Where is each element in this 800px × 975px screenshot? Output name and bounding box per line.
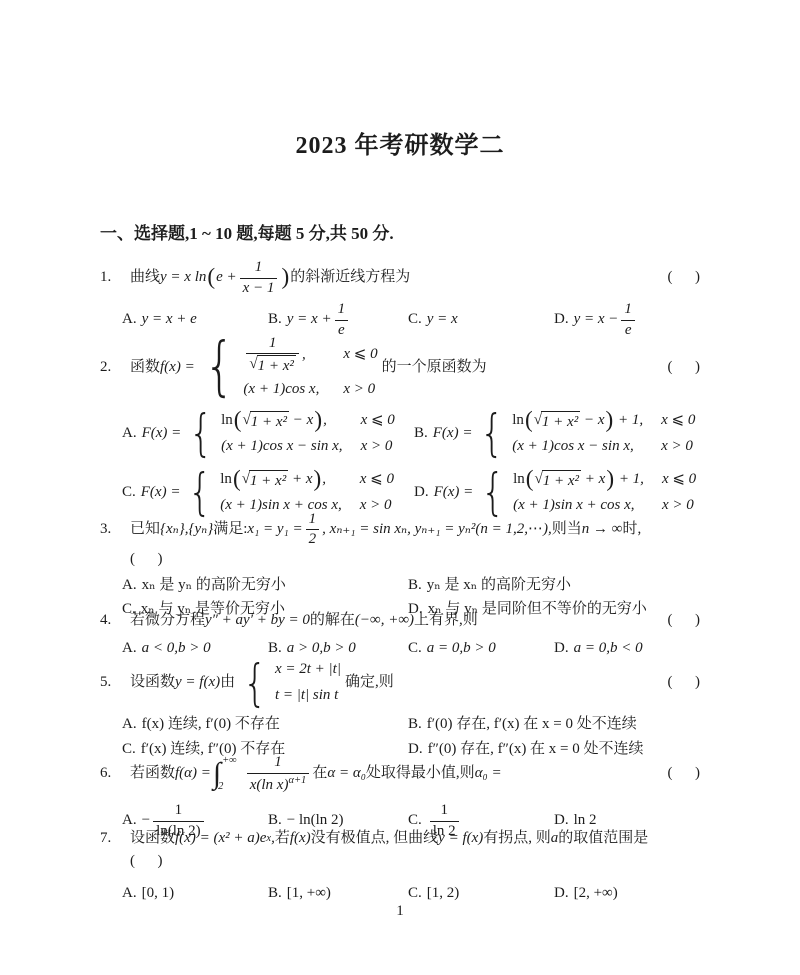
question-number: 1. bbox=[100, 267, 130, 289]
option-text: F(x) = bbox=[433, 423, 473, 445]
math-fragment: − x bbox=[580, 412, 604, 428]
math-fragment: (−∞, +∞) bbox=[355, 610, 414, 632]
text-fragment: 由 bbox=[220, 672, 235, 694]
big-paren-left: ( bbox=[525, 407, 533, 433]
math-fragment: x(ln x) bbox=[250, 777, 289, 793]
option-text: F(x) = bbox=[434, 482, 474, 504]
option-c: C.F(x) = {ln(√1 + x² + x),x ⩽ 0(x + 1)si… bbox=[122, 468, 414, 517]
option-c: C.y = x bbox=[408, 309, 554, 331]
statement-text: 曲线 y = x ln ( e + 1x − 1 ) 的斜渐近线方程为 bbox=[130, 259, 654, 297]
case-row-condition: x ⩽ 0 bbox=[361, 410, 395, 432]
fraction-numerator: 1 bbox=[430, 802, 459, 820]
integral: ∫+∞2 bbox=[213, 756, 242, 792]
option-label: C. bbox=[122, 482, 136, 504]
section-heading: 一、选择题,1 ~ 10 题,每题 5 分,共 50 分. bbox=[100, 222, 700, 247]
case-brace: { bbox=[204, 339, 235, 397]
answer-paren: ( ) bbox=[130, 551, 163, 567]
math-fragment: f(α) = bbox=[175, 763, 211, 785]
case-row-formula: (x + 1)cos x, bbox=[243, 379, 319, 401]
math-fragment: a bbox=[551, 828, 559, 850]
math-fragment: ln bbox=[221, 412, 233, 428]
math-fragment: f(x) = (x² + a)e bbox=[175, 828, 266, 850]
statement-text: 函数 f(x) = { 1√1 + x², x ⩽ 0 (x + 1)cos x… bbox=[130, 335, 654, 401]
option-label: B. bbox=[268, 309, 282, 331]
fraction-numerator: 1 bbox=[306, 511, 320, 529]
question-2: 2. 函数 f(x) = { 1√1 + x², x ⩽ 0 (x + 1)co… bbox=[100, 335, 700, 517]
option-b: B.F(x) = {ln(√1 + x² − x) + 1,x ⩽ 0(x + … bbox=[414, 409, 700, 458]
text-fragment: 确定,则 bbox=[345, 672, 394, 694]
math-fragment: f(x) = bbox=[160, 357, 195, 379]
statement-text: 设函数 f(x) = (x² + a)ex, 若 f(x) 没有极值点, 但曲线… bbox=[130, 828, 654, 850]
big-paren-right: ) bbox=[606, 466, 614, 492]
option-b: B.yₙ 是 xₙ 的高阶无穷小 bbox=[408, 575, 700, 597]
case-row-condition: x > 0 bbox=[361, 436, 393, 458]
text-fragment: 的解在 bbox=[310, 610, 355, 632]
case-rows: 1√1 + x², x ⩽ 0 (x + 1)cos x, x > 0 bbox=[243, 335, 377, 401]
case-row-condition: x > 0 bbox=[661, 436, 693, 458]
fraction: 1x − 1 bbox=[240, 259, 278, 297]
math-fragment: y = x ln bbox=[160, 267, 206, 289]
math-fragment: + x bbox=[581, 471, 605, 487]
big-paren-right: ) bbox=[313, 466, 321, 492]
radicand: 1 + x² bbox=[250, 411, 289, 431]
case-row-condition: x ⩽ 0 bbox=[360, 469, 394, 491]
big-paren-left: ( bbox=[526, 466, 534, 492]
big-paren-left: ( bbox=[233, 466, 241, 492]
text-fragment: 的斜渐近线方程为 bbox=[290, 267, 410, 289]
exam-page: 2023 年考研数学二 一、选择题,1 ~ 10 题,每题 5 分,共 50 分… bbox=[0, 0, 800, 975]
case-rows: ln(√1 + x² + x),x ⩽ 0(x + 1)sin x + cos … bbox=[220, 468, 394, 517]
text-fragment: 没有极值点, 但曲线 bbox=[311, 828, 439, 850]
piecewise-cases: { x = 2t + |t| t = |t| sin t bbox=[239, 659, 341, 707]
option-label: A. bbox=[122, 575, 137, 597]
option-label: B. bbox=[408, 575, 422, 597]
big-paren-right: ) bbox=[314, 407, 322, 433]
fraction-numerator: 1 bbox=[247, 754, 310, 772]
superscript: α+1 bbox=[288, 775, 306, 786]
math-fragment: ln bbox=[220, 471, 232, 487]
math-fragment: ln bbox=[512, 412, 524, 428]
option-text: f(x) 连续, f′(0) 不存在 bbox=[142, 714, 280, 736]
question-statement: 2. 函数 f(x) = { 1√1 + x², x ⩽ 0 (x + 1)co… bbox=[100, 335, 700, 401]
big-paren-right: ) bbox=[605, 407, 613, 433]
text-fragment: 曲线 bbox=[130, 267, 160, 289]
case-row-condition: x > 0 bbox=[343, 379, 375, 401]
question-number: 6. bbox=[100, 763, 130, 785]
radicand: 1 + x² bbox=[541, 411, 580, 431]
math-fragment: e + bbox=[216, 267, 237, 289]
question-7: 7. 设函数 f(x) = (x² + a)ex, 若 f(x) 没有极值点, … bbox=[100, 827, 700, 905]
math-fragment: y = f(x) bbox=[438, 828, 483, 850]
math-fragment: y″ + ay′ + by = 0 bbox=[205, 610, 310, 632]
radicand: 1 + x² bbox=[542, 470, 581, 490]
option-d: D.y = x − 1e bbox=[554, 301, 700, 339]
math-fragment: , bbox=[323, 412, 327, 428]
math-fragment: , bbox=[322, 471, 326, 487]
case-rows: x = 2t + |t| t = |t| sin t bbox=[275, 659, 341, 707]
case-row-formula: ln(√1 + x² − x), bbox=[221, 409, 327, 432]
text-fragment: 函数 bbox=[130, 357, 160, 379]
fraction-numerator: 1 bbox=[153, 802, 204, 820]
question-number: 3. bbox=[100, 519, 130, 541]
answer-paren: ( ) bbox=[668, 610, 701, 632]
math-fragment: + 1, bbox=[614, 412, 643, 428]
case-row-formula: ln(√1 + x² + x) + 1, bbox=[513, 468, 644, 491]
option-text: F(x) = bbox=[142, 423, 182, 445]
text-fragment: 设函数 bbox=[130, 672, 175, 694]
case-brace: { bbox=[480, 411, 504, 456]
fraction-denominator: x − 1 bbox=[240, 278, 278, 297]
statement-text: 设函数 y = f(x) 由 { x = 2t + |t| t = |t| si… bbox=[130, 659, 654, 707]
case-row-condition: x ⩽ 0 bbox=[661, 410, 695, 432]
case-row-formula: 1√1 + x², bbox=[243, 335, 305, 375]
option-text: y = x bbox=[427, 309, 458, 331]
answer-paren-line: ( ) bbox=[130, 851, 700, 875]
option-label: A. bbox=[122, 309, 137, 331]
answer-paren: ( ) bbox=[668, 672, 701, 694]
math-fragment: n → ∞ bbox=[582, 519, 623, 541]
math-fragment: + x bbox=[288, 471, 312, 487]
question-number: 4. bbox=[100, 610, 130, 632]
option-label: A. bbox=[122, 423, 137, 445]
option-text: y = x − bbox=[574, 309, 619, 331]
sqrt: √1 + x² bbox=[535, 470, 582, 490]
option-b: B.y = x + 1e bbox=[268, 301, 408, 339]
sqrt: √1 + x² bbox=[242, 470, 289, 490]
question-statement: 1. 曲线 y = x ln ( e + 1x − 1 ) 的斜渐近线方程为 (… bbox=[100, 255, 700, 301]
page-number: 1 bbox=[0, 901, 800, 923]
text-fragment: 在 bbox=[312, 763, 327, 785]
text-fragment: 满足: bbox=[213, 519, 247, 541]
answer-paren: ( ) bbox=[668, 357, 701, 379]
question-statement: 3. 已知 {xₙ},{yₙ} 满足: x₁ = y₁ = 12 , xₙ₊₁ … bbox=[100, 511, 700, 549]
option-text: xₙ 是 yₙ 的高阶无穷小 bbox=[142, 575, 286, 597]
case-rows: ln(√1 + x² − x),x ⩽ 0(x + 1)cos x − sin … bbox=[221, 409, 395, 458]
option-a: A.f(x) 连续, f′(0) 不存在 bbox=[122, 714, 408, 736]
option-label: D. bbox=[414, 482, 429, 504]
option-text: y = x + e bbox=[142, 309, 197, 331]
case-row-condition: x ⩽ 0 bbox=[343, 344, 377, 366]
question-statement: 7. 设函数 f(x) = (x² + a)ex, 若 f(x) 没有极值点, … bbox=[100, 827, 700, 851]
math-fragment: x₁ = y₁ = bbox=[247, 519, 302, 541]
math-fragment: y = f(x) bbox=[175, 672, 220, 694]
question-3: 3. 已知 {xₙ},{yₙ} 满足: x₁ = y₁ = 12 , xₙ₊₁ … bbox=[100, 511, 700, 621]
math-fragment: , bbox=[302, 347, 306, 363]
case-brace: { bbox=[189, 411, 213, 456]
answer-paren: ( ) bbox=[130, 853, 163, 869]
case-row-formula: (x + 1)cos x − sin x, bbox=[512, 436, 633, 458]
option-a: A.y = x + e bbox=[122, 309, 268, 331]
sqrt: √1 + x² bbox=[249, 355, 296, 375]
case-row-formula: ln(√1 + x² + x), bbox=[220, 468, 326, 491]
text-fragment: 若 bbox=[275, 828, 290, 850]
math-fragment: + 1, bbox=[615, 471, 644, 487]
case-rows: ln(√1 + x² − x) + 1,x ⩽ 0(x + 1)cos x − … bbox=[512, 409, 695, 458]
fraction-denominator: x(ln x)α+1 bbox=[247, 773, 310, 794]
question-number: 5. bbox=[100, 672, 130, 694]
case-row-formula: x = 2t + |t| bbox=[275, 659, 341, 681]
case-brace: { bbox=[243, 661, 267, 706]
case-row-formula: (x + 1)cos x − sin x, bbox=[221, 436, 342, 458]
text-fragment: 则当 bbox=[552, 519, 582, 541]
fraction-numerator: 1 bbox=[621, 301, 635, 319]
text-fragment: 的一个原函数为 bbox=[382, 357, 487, 379]
text-fragment: 已知 bbox=[130, 519, 160, 541]
fraction-numerator: 1 bbox=[335, 301, 349, 319]
piecewise-cases: { 1√1 + x², x ⩽ 0 (x + 1)cos x, x > 0 bbox=[199, 335, 378, 401]
fraction-denominator: 2 bbox=[306, 529, 320, 548]
option-d: D.F(x) = {ln(√1 + x² + x) + 1,x ⩽ 0(x + … bbox=[414, 468, 700, 517]
question-statement: 4. 若微分方程 y″ + ay′ + by = 0 的解在 (−∞, +∞) … bbox=[100, 609, 700, 633]
fraction: 12 bbox=[306, 511, 320, 549]
statement-text: 若函数 f(α) = ∫+∞2 1x(ln x)α+1 在 α = α₀ 处取得… bbox=[130, 754, 654, 794]
option-b: B.f′(0) 存在, f′(x) 在 x = 0 处不连续 bbox=[408, 714, 700, 736]
math-fragment: ln bbox=[513, 471, 525, 487]
text-fragment: 上有界,则 bbox=[414, 610, 478, 632]
question-4: 4. 若微分方程 y″ + ay′ + by = 0 的解在 (−∞, +∞) … bbox=[100, 609, 700, 660]
question-5: 5. 设函数 y = f(x) 由 { x = 2t + |t| t = |t|… bbox=[100, 656, 700, 761]
statement-text: 已知 {xₙ},{yₙ} 满足: x₁ = y₁ = 12 , xₙ₊₁ = s… bbox=[130, 511, 654, 549]
piecewise-cases: {ln(√1 + x² + x) + 1,x ⩽ 0(x + 1)sin x +… bbox=[477, 468, 696, 517]
text-fragment: 时, bbox=[622, 519, 641, 541]
question-number: 2. bbox=[100, 357, 130, 379]
case-row-formula: ln(√1 + x² − x) + 1, bbox=[512, 409, 643, 432]
answer-paren: ( ) bbox=[668, 763, 701, 785]
integral-lower-limit: 2 bbox=[218, 782, 237, 793]
big-paren-left: ( bbox=[207, 266, 215, 289]
fraction: 1x(ln x)α+1 bbox=[247, 754, 310, 794]
case-brace: { bbox=[481, 470, 505, 515]
exam-title: 2023 年考研数学二 bbox=[0, 129, 800, 164]
answer-paren: ( ) bbox=[668, 267, 701, 289]
option-text: F(x) = bbox=[141, 482, 181, 504]
option-text: yₙ 是 xₙ 的高阶无穷小 bbox=[427, 575, 571, 597]
case-row-formula: t = |t| sin t bbox=[275, 685, 341, 707]
fraction-denominator: √1 + x² bbox=[246, 353, 299, 375]
piecewise-cases: {ln(√1 + x² − x),x ⩽ 0(x + 1)cos x − sin… bbox=[185, 409, 395, 458]
radicand: 1 + x² bbox=[257, 355, 296, 375]
fraction-numerator: 1 bbox=[246, 335, 299, 353]
piecewise-cases: {ln(√1 + x² + x),x ⩽ 0(x + 1)sin x + cos… bbox=[184, 468, 394, 517]
big-paren-right: ) bbox=[281, 266, 289, 289]
math-fragment: α = α₀ bbox=[327, 763, 366, 785]
integral-upper-limit: +∞ bbox=[222, 756, 237, 767]
statement-text: 若微分方程 y″ + ay′ + by = 0 的解在 (−∞, +∞) 上有界… bbox=[130, 610, 654, 632]
options-grid: A.F(x) = {ln(√1 + x² − x),x ⩽ 0(x + 1)co… bbox=[122, 409, 700, 517]
fraction: 1e bbox=[335, 301, 349, 339]
answer-paren-line: ( ) bbox=[130, 549, 700, 573]
sqrt: √1 + x² bbox=[534, 411, 581, 431]
piecewise-cases: {ln(√1 + x² − x) + 1,x ⩽ 0(x + 1)cos x −… bbox=[476, 409, 695, 458]
text-fragment: 若函数 bbox=[130, 763, 175, 785]
text-fragment: 设函数 bbox=[130, 828, 175, 850]
math-fragment: , xₙ₊₁ = sin xₙ, yₙ₊₁ = yₙ²(n = 1,2,⋯), bbox=[322, 519, 552, 541]
fraction-numerator: 1 bbox=[240, 259, 278, 277]
option-label: B. bbox=[414, 423, 428, 445]
text-fragment: 有拐点, 则 bbox=[483, 828, 551, 850]
option-text: f′(0) 存在, f′(x) 在 x = 0 处不连续 bbox=[427, 714, 637, 736]
option-a: A.F(x) = {ln(√1 + x² − x),x ⩽ 0(x + 1)co… bbox=[122, 409, 414, 458]
text-fragment: 若微分方程 bbox=[130, 610, 205, 632]
math-fragment: − x bbox=[289, 412, 313, 428]
integral-limits: +∞2 bbox=[222, 756, 237, 792]
option-a: A.xₙ 是 yₙ 的高阶无穷小 bbox=[122, 575, 408, 597]
option-label: D. bbox=[554, 309, 569, 331]
math-fragment: f(x) bbox=[290, 828, 311, 850]
question-statement: 6. 若函数 f(α) = ∫+∞2 1x(ln x)α+1 在 α = α₀ … bbox=[100, 751, 700, 797]
question-1: 1. 曲线 y = x ln ( e + 1x − 1 ) 的斜渐近线方程为 (… bbox=[100, 255, 700, 339]
math-fragment: α₀ = bbox=[475, 763, 502, 785]
math-fragment: {xₙ},{yₙ} bbox=[160, 519, 213, 541]
sqrt: √1 + x² bbox=[243, 411, 290, 431]
option-text: y = x + bbox=[287, 309, 332, 331]
option-label: B. bbox=[408, 714, 422, 736]
radicand: 1 + x² bbox=[249, 470, 288, 490]
question-number: 7. bbox=[100, 828, 130, 850]
fraction: 1√1 + x² bbox=[246, 335, 299, 375]
text-fragment: 处取得最小值,则 bbox=[366, 763, 475, 785]
case-rows: ln(√1 + x² + x) + 1,x ⩽ 0(x + 1)sin x + … bbox=[513, 468, 696, 517]
big-paren-left: ( bbox=[234, 407, 242, 433]
fraction: 1e bbox=[621, 301, 635, 339]
option-label: C. bbox=[408, 309, 422, 331]
option-label: A. bbox=[122, 714, 137, 736]
text-fragment: 的取值范围是 bbox=[558, 828, 648, 850]
question-statement: 5. 设函数 y = f(x) 由 { x = 2t + |t| t = |t|… bbox=[100, 656, 700, 710]
case-row-condition: x ⩽ 0 bbox=[662, 469, 696, 491]
case-brace: { bbox=[188, 470, 212, 515]
